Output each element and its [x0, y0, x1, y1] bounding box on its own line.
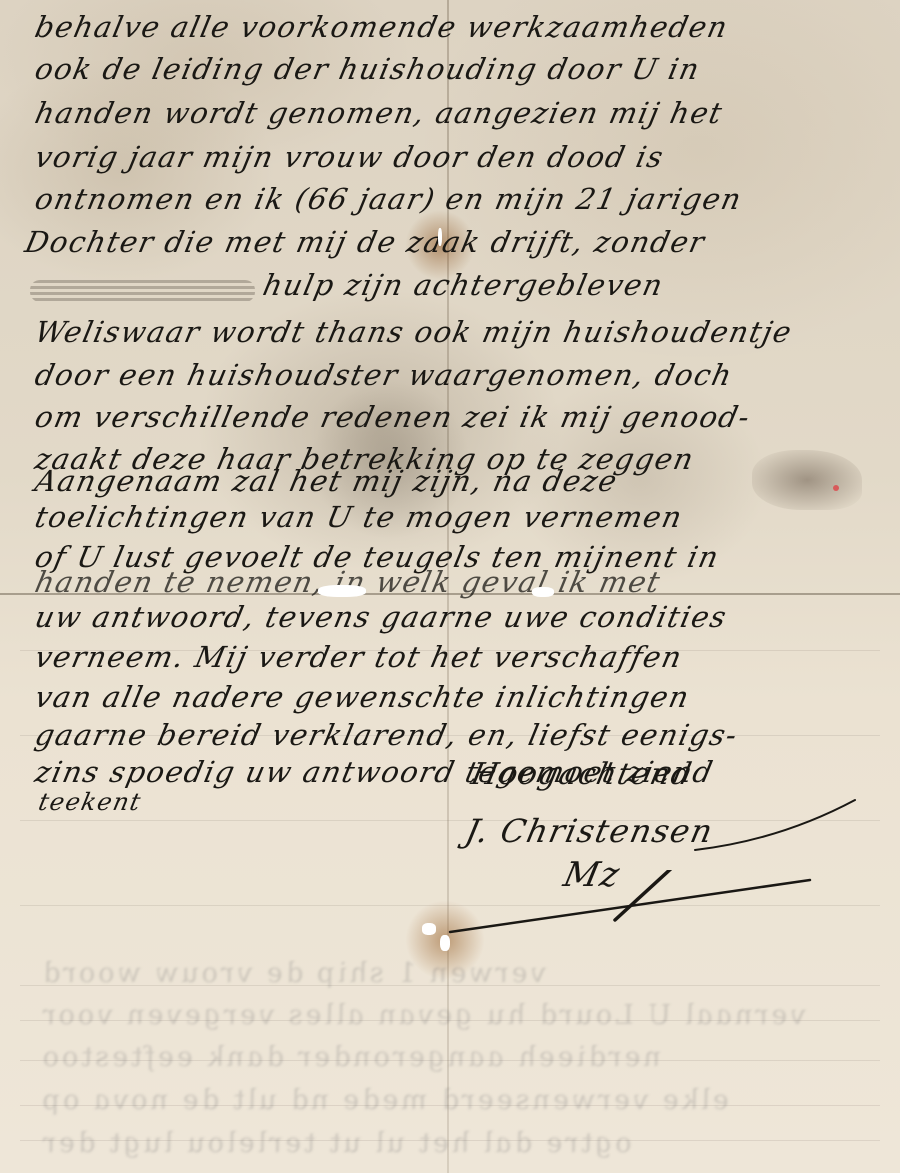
signature-underline-flourish-icon — [690, 795, 860, 855]
bleed-through-text: ogtre dal het ul ut terlelou lugt der — [37, 1128, 635, 1159]
letter-line: handen wordt genomen, aangezien mij het — [32, 96, 726, 130]
letter-page: verwen 1 ship de vrouw woord vernaal U L… — [0, 0, 900, 1173]
signature-flourish-icon — [440, 870, 820, 940]
paper-hole — [318, 585, 366, 597]
letter-line: door een huishoudster waargenomen, doch — [32, 358, 736, 392]
letter-line: om verschillende redenen zei ik mij geno… — [32, 400, 754, 434]
letter-line: Dochter die met mij de zaak drijft, zond… — [22, 225, 709, 259]
bleed-through-text: vernaal U Lourd hu gevan alles vergeven … — [37, 1000, 809, 1031]
letter-line: verneem. Mij verder tot het verschaffen — [32, 640, 686, 674]
letter-line: uw antwoord, tevens gaarne uwe condities — [32, 600, 730, 634]
letter-line: teekent — [36, 788, 144, 816]
letter-line: ontnomen en ik (66 jaar) en mijn 21 jari… — [32, 182, 745, 216]
letter-line: Aangenaam zal het mij zijn, na deze — [32, 464, 621, 498]
letter-line: van alle nadere gewenschte inlichtingen — [32, 680, 693, 714]
letter-line: hulp zijn achtergebleven — [260, 268, 667, 302]
bleed-through-text: elke verwenseerd mede nd ult de nova op — [37, 1085, 732, 1116]
signature-name: J. Christensen — [462, 812, 717, 850]
letter-line: ook de leiding der huishouding door U in — [32, 52, 704, 86]
closing-salutation: Hoogachtend — [468, 757, 696, 792]
letter-line: toelichtingen van U te mogen vernemen — [32, 500, 686, 534]
paper-hole — [440, 935, 450, 951]
crossed-out-word — [30, 280, 255, 302]
red-spot — [833, 485, 839, 491]
paper-hole — [438, 228, 442, 246]
letter-line: gaarne bereid verklarend, en, liefst een… — [32, 718, 741, 752]
ink-smudge-stain — [752, 450, 862, 510]
letter-line: Weliswaar wordt thans ook mijn huishoude… — [32, 315, 796, 349]
letter-line: behalve alle voorkomende werkzaamheden — [32, 10, 732, 44]
letter-line: vorig jaar mijn vrouw door den dood is — [32, 140, 667, 174]
bleed-through-text: nerdieeh aangeronder dank eeftestoo — [37, 1042, 665, 1073]
paper-hole — [532, 587, 554, 597]
paper-hole — [422, 923, 436, 935]
bleed-through-text: verwen 1 ship de vrouw woord — [37, 958, 549, 989]
